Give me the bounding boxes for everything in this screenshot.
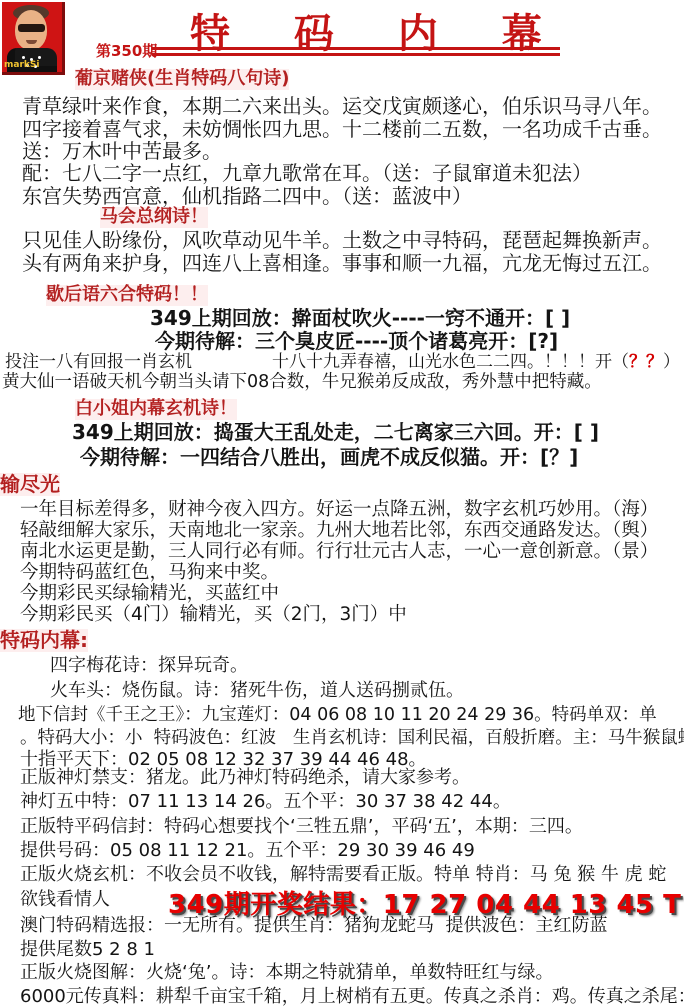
baixiaojie-current-riddle: 今期待解：一四结合八胜出，画虎不成反似猫。开：[？]: [80, 446, 578, 469]
pujing-line-3: 送：万木叶中苦最多。: [22, 140, 222, 163]
xiehouyu-current-riddle: 今期待解：三个臭皮匠----顶个诸葛亮开：[?]: [155, 330, 558, 353]
betting-hint-left: 投注一八有回报一肖玄机: [5, 353, 192, 373]
betting-hint-question-marks: ？？: [629, 352, 663, 372]
logo-caption: markSi: [4, 60, 39, 70]
shujinguang-line-4: 今期特码蓝红色，马狗来中奖。: [20, 562, 279, 583]
section-heading-xiehouyu: 歇后语六合特码！！: [46, 285, 208, 306]
meihua-poem-line: 四字梅花诗：探异玩奇。: [50, 656, 248, 677]
shendeng-jinzhi-line: 正版神灯禁支：猪龙。此乃神灯特码绝杀，请大家参考。: [20, 768, 470, 789]
tigong-haoma-line: 提供号码：05 08 11 12 21。五个平：29 30 39 46 49: [20, 841, 475, 862]
issue-number: 第350期: [96, 40, 157, 61]
pujing-line-5: 东宫失势西宫意，仙机指路二四中。（送：蓝波中）: [22, 185, 472, 208]
pujing-line-2: 四字接着喜气求，未妨惆怅四九思。十二楼前二五数，一名功成千古垂。: [22, 118, 662, 141]
pujing-line-4: 配：七八二字一点红，九章九歌常在耳。（送：子鼠窜道未犯法）: [22, 162, 592, 185]
logo-dots-decoration: [22, 56, 25, 59]
huoshao-xuanji-line: 正版火烧玄机：不收会员不收钱，解特需要看正版。特单 特肖：马 兔 猴 牛 虎 蛇: [20, 865, 666, 886]
shujinguang-line-3: 南北水运更是勤，三人同行必有师。行行壮元古人志，一心一意创新意。（景）: [20, 541, 658, 562]
publisher-logo: markSi: [2, 2, 65, 75]
section-heading-pujing: 葡京赌侠(生肖特码八句诗): [75, 69, 289, 90]
section-heading-baixiaojie: 白小姐内幕玄机诗！: [75, 399, 237, 420]
tepingma-xinfeng-line: 正版特平码信封：特码心想要找个‘三牲五鼎’，平码‘五’，本期：三四。: [20, 817, 583, 838]
section-heading-mahui: 马会总纲诗！: [100, 207, 208, 228]
shujinguang-line-2: 轻敲细解大家乐，天南地北一家亲。九州大地若比邻，东西交通路发达。（舆）: [20, 520, 658, 541]
tigong-weishu-line: 提供尾数5 2 8 1: [20, 940, 155, 961]
huochetou-line: 火车头：烧伤鼠。诗：猪死牛伤，道人送码捌贰伍。: [50, 681, 464, 702]
baixiaojie-previous-result: 349上期回放：捣蛋大王乱处走，二七离家三六回。开：[ ]: [72, 421, 599, 444]
betting-hint-close: ）: [663, 352, 680, 372]
section-heading-temaneimu: 特码内幕:: [0, 629, 88, 652]
dixia-xinfeng-line: 地下信封《千王之王》：九宝莲灯：04 06 08 10 11 20 24 29 …: [18, 705, 657, 725]
daxiao-bose-line: 。特码大小：小 特码波色：红波 生肖玄机诗：国利民福，百般折磨。主：马牛猴鼠蛇。: [20, 728, 684, 748]
yuqian-line: 欲钱看情人: [20, 890, 110, 911]
mahui-line-2: 头有两角来护身，四连八上喜相逢。事事和顺一九福，亢龙无悔过五江。: [22, 252, 662, 275]
title-underline: [152, 47, 560, 56]
mahui-line-1: 只见佳人盼缘份，风吹草动见牛羊。土数之中寻特码，琵琶起舞换新声。: [22, 229, 662, 252]
shujinguang-line-6: 今期彩民买（4门）输精光，买（2门，3门）中: [20, 604, 407, 625]
shujinguang-line-5: 今期彩民买绿输精光，买蓝红中: [20, 583, 279, 604]
aomen-jingxuan-line: 澳门特码精选报：一无所有。提供生肖：猪狗龙蛇马 提供波色：主红防蓝: [20, 916, 607, 937]
huoshao-tujie-line: 正版火烧图解：火烧‘兔’。诗：本期之特就猜单，单数特旺红与绿。: [20, 963, 553, 984]
sunglasses-icon: [18, 24, 45, 32]
shujinguang-line-1: 一年目标差得多，财神今夜入四方。好运一点降五洲，数字玄机巧妙用。（海）: [20, 499, 658, 520]
betting-hint-right: 十八十九弄春禧，山光水色二二四。！！！开（？？）: [272, 353, 680, 373]
lottery-tip-sheet: markSi 第350期 特 码 内 幕 葡京赌侠(生肖特码八句诗) 青草绿叶来…: [0, 0, 684, 1008]
huangdaxian-line: 黄大仙一语破天机今朝当头请下08合数，牛兄猴弟反成敌，秀外慧中把特藏。: [2, 372, 602, 392]
betting-hint-text: 十八十九弄春禧，山光水色二二四。！！！开（: [272, 352, 629, 372]
pujing-line-1: 青草绿叶来作食，本期二六来出头。运交戊寅颇遂心，伯乐识马寻八年。: [22, 95, 662, 118]
section-heading-shujinguang: 输尽光: [0, 473, 60, 496]
shendeng-wuzhongte-line: 神灯五中特：07 11 13 14 26。五个平：30 37 38 42 44。: [20, 792, 511, 813]
chuanzhen-liao-line: 6000元传真料：耕犁千亩宝千箱，月上树梢有五更。传真之杀肖：鸡。传真之杀尾：1: [20, 987, 684, 1008]
xiehouyu-previous-result: 349上期回放：擀面杖吹火----一窍不通开：[ ]: [150, 307, 570, 330]
